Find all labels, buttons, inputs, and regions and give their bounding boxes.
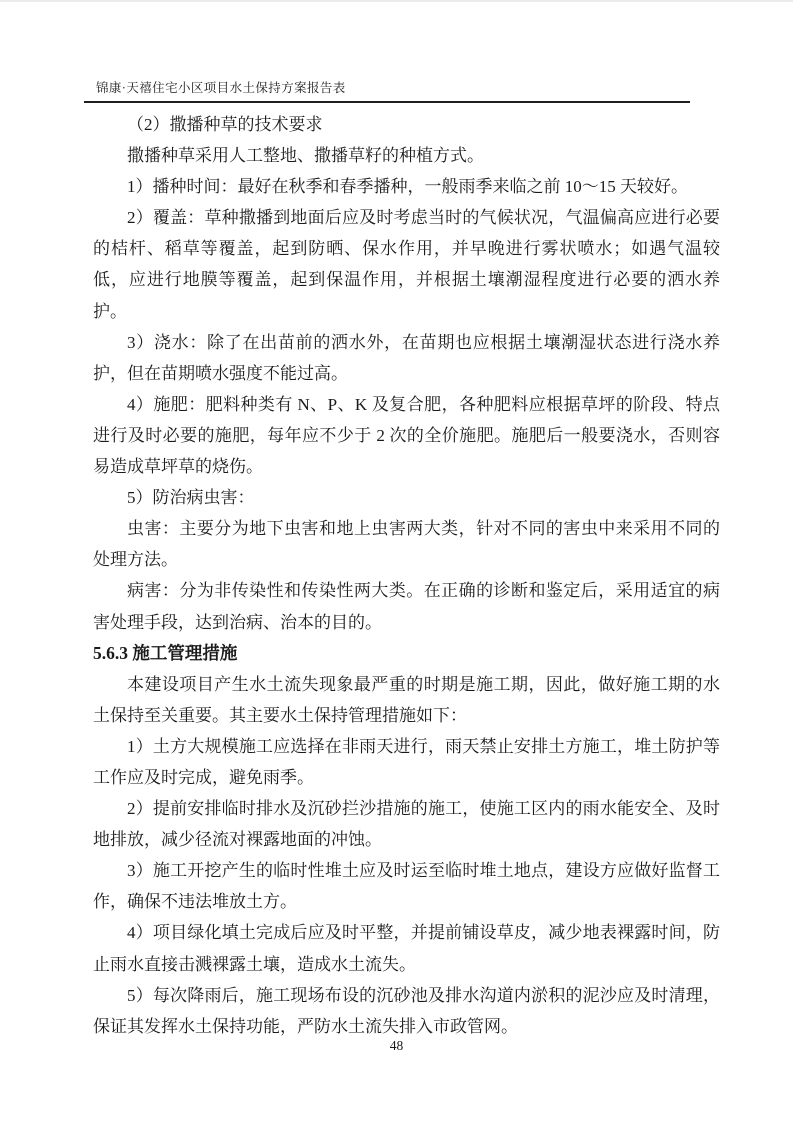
paragraph-measure-1: 1）土方大规模施工应选择在非雨天进行，雨天禁止安排土方施工，堆土防护等工作应及时… (93, 731, 720, 793)
header-title: 锦康·天禧住宅小区项目水土保持方案报告表 (84, 81, 346, 95)
paragraph-pest: 虫害：主要分为地下虫害和地上虫害两大类，针对不同的害虫中来采用不同的处理方法。 (93, 513, 720, 575)
paragraph-item-4: 4）施肥：肥料种类有 N、P、K 及复合肥，各种肥料应根据草坪的阶段、特点进行及… (93, 389, 720, 482)
page-header: 锦康·天禧住宅小区项目水土保持方案报告表 (84, 79, 690, 103)
paragraph-item-1: 1）播种时间：最好在秋季和春季播种，一般雨季来临之前 10～15 天较好。 (93, 171, 720, 202)
paragraph-disease: 病害：分为非传染性和传染性两大类。在正确的诊断和鉴定后，采用适宜的病害处理手段，… (93, 575, 720, 637)
paragraph: 撒播种草采用人工整地、撒播草籽的种植方式。 (93, 140, 720, 171)
paragraph-item-5: 5）防治病虫害： (93, 482, 720, 513)
paragraph-measure-5: 5）每次降雨后，施工现场布设的沉砂池及排水沟道内淤积的泥沙应及时清理，保证其发挥… (93, 980, 720, 1042)
document-page: 锦康·天禧住宅小区项目水土保持方案报告表 （2）撒播种草的技术要求 撒播种草采用… (0, 0, 793, 1122)
paragraph-measure-3: 3）施工开挖产生的临时性堆土应及时运至临时堆土地点，建设方应做好监督工作，确保不… (93, 855, 720, 917)
page-top-edge (0, 0, 793, 2)
page-footer: 48 (0, 1037, 793, 1055)
page-number: 48 (390, 1038, 404, 1053)
paragraph-item-3: 3）浇水：除了在出苗前的洒水外，在苗期也应根据土壤潮湿状态进行浇水养护，但在苗期… (93, 327, 720, 389)
paragraph-intro: 本建设项目产生水土流失现象最严重的时期是施工期，因此，做好施工期的水土保持至关重… (93, 669, 720, 731)
document-body: （2）撒播种草的技术要求 撒播种草采用人工整地、撒播草籽的种植方式。 1）播种时… (93, 109, 720, 1042)
paragraph-measure-2: 2）提前安排临时排水及沉砂拦沙措施的施工，使施工区内的雨水能安全、及时地排放，减… (93, 793, 720, 855)
paragraph-item-2: 2）覆盖：草种撒播到地面后应及时考虑当时的气候状况，气温偏高应进行必要的桔杆、稻… (93, 202, 720, 326)
paragraph-measure-4: 4）项目绿化填土完成后应及时平整，并提前铺设草皮，减少地表裸露时间，防止雨水直接… (93, 917, 720, 979)
section-heading-5-6-3: 5.6.3 施工管理措施 (93, 638, 720, 669)
paragraph-subheading-2: （2）撒播种草的技术要求 (93, 109, 720, 140)
